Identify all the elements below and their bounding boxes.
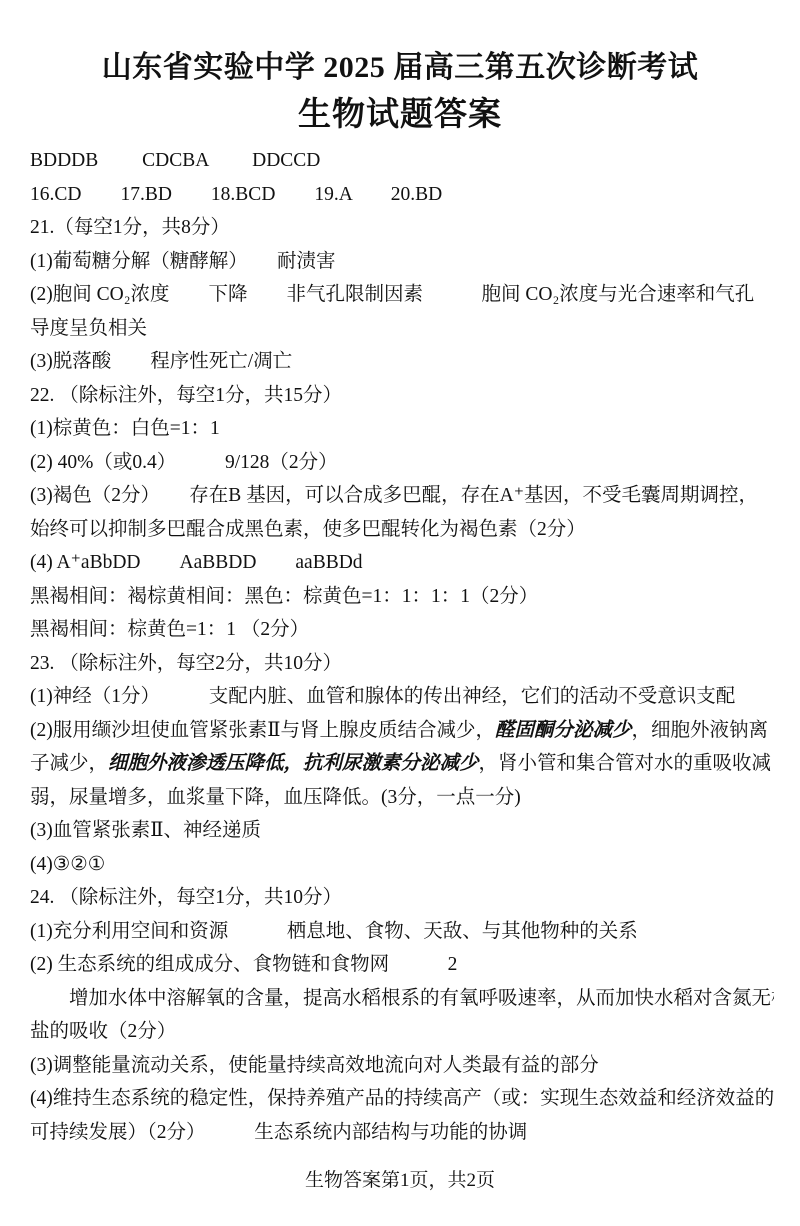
q24-answer-2-line2: 增加水体中溶解氧的含量，提高水稻根系的有氧呼吸速率，从而加快水稻对含氮无机 bbox=[30, 982, 774, 1016]
q22-answer-4-line3: 黑褐相间：棕黄色=1：1 （2分） bbox=[30, 613, 774, 647]
text-segment: (3)褐色（2分） 存在B 基因，可以合成多巴醌，存在A⁺基因，不受毛囊周期调控… bbox=[30, 485, 758, 506]
q22-answer-3-line1: (3)褐色（2分） 存在B 基因，可以合成多巴醌，存在A⁺基因，不受毛囊周期调控… bbox=[30, 479, 774, 513]
text-segment: 始终可以抑制多巴醌合成黑色素，使多巴醌转化为褐色素（2分） bbox=[30, 519, 586, 540]
q22-answer-4-line1: (4) A⁺aBbDD AaBBDD aaBBDd bbox=[30, 546, 774, 580]
text-segment: BDDDB CDCBA DDCCD bbox=[30, 150, 320, 171]
text-segment: 导度呈负相关 bbox=[30, 318, 147, 339]
text-segment: (1)神经（1分） 支配内脏、血管和腺体的传出神经，它们的活动不受意识支配 bbox=[30, 686, 735, 707]
text-segment: (2) 40%（或0.4） 9/128（2分） bbox=[30, 452, 338, 473]
q22-answer-1: (1)棕黄色：白色=1：1 bbox=[30, 412, 774, 446]
q23-answer-4: (4)③②① bbox=[30, 848, 774, 882]
q24-answer-3: (3)调整能量流动关系，使能量持续高效地流向对人类最有益的部分 bbox=[30, 1049, 774, 1083]
document-subtitle: 生物试题答案 bbox=[0, 94, 800, 134]
q21-answer-3: (3)脱落酸 程序性死亡/凋亡 bbox=[30, 345, 774, 379]
q23-header: 23. （除标注外，每空2分，共10分） bbox=[30, 647, 774, 681]
q24-answer-4-line1: (4)维持生态系统的稳定性，保持养殖产品的持续高产（或：实现生态效益和经济效益的 bbox=[30, 1082, 774, 1116]
q21-header: 21.（每空1分，共8分） bbox=[30, 211, 774, 245]
q24-answer-4-line2: 可持续发展）（2分） 生态系统内部结构与功能的协调 bbox=[30, 1116, 774, 1150]
text-segment: (3)脱落酸 程序性死亡/凋亡 bbox=[30, 351, 292, 372]
text-segment: 子减少， bbox=[30, 753, 108, 774]
page-footer: 生物答案第1页，共2页 bbox=[0, 1169, 800, 1193]
text-segment: (2)服用缬沙坦使血管紧张素Ⅱ与肾上腺皮质结合减少， bbox=[30, 720, 495, 741]
q22-answer-4-line2: 黑褐相间：褐棕黄相间：黑色：棕黄色=1：1：1：1（2分） bbox=[30, 580, 774, 614]
text-segment: (4) A⁺aBbDD AaBBDD aaBBDd bbox=[30, 552, 363, 573]
q22-answer-2: (2) 40%（或0.4） 9/128（2分） bbox=[30, 446, 774, 480]
emphasized-text: 醛固酮分泌减少 bbox=[495, 720, 632, 741]
q21-answer-2-line2: 导度呈负相关 bbox=[30, 312, 774, 346]
q24-header: 24. （除标注外，每空1分，共10分） bbox=[30, 881, 774, 915]
text-segment: (4)③②① bbox=[30, 854, 105, 875]
text-segment: 黑褐相间：褐棕黄相间：黑色：棕黄色=1：1：1：1（2分） bbox=[30, 586, 538, 607]
text-segment: (1)葡萄糖分解（糖酵解） 耐渍害 bbox=[30, 251, 336, 272]
answer-lines: BDDDB CDCBA DDCCD16.CD 17.BD 18.BCD 19.A… bbox=[30, 144, 774, 1149]
emphasized-text: 细胞外液渗透压降低，抗利尿激素分泌减少 bbox=[108, 753, 479, 774]
text-segment: ，肾小管和集合管对水的重吸收减 bbox=[479, 753, 772, 774]
text-segment: ，细胞外液钠离 bbox=[632, 720, 769, 741]
q22-answer-3-line2: 始终可以抑制多巴醌合成黑色素，使多巴醌转化为褐色素（2分） bbox=[30, 513, 774, 547]
text-segment: 21.（每空1分，共8分） bbox=[30, 217, 230, 238]
choice-answers-row-2: 16.CD 17.BD 18.BCD 19.A 20.BD bbox=[30, 178, 774, 212]
text-segment: 24. （除标注外，每空1分，共10分） bbox=[30, 887, 342, 908]
q24-answer-1: (1)充分利用空间和资源 栖息地、食物、天敌、与其他物种的关系 bbox=[30, 915, 774, 949]
q23-answer-2-line1: (2)服用缬沙坦使血管紧张素Ⅱ与肾上腺皮质结合减少，醛固酮分泌减少，细胞外液钠离 bbox=[30, 714, 774, 748]
text-segment: 弱，尿量增多，血浆量下降，血压降低。(3分，一点一分) bbox=[30, 787, 521, 808]
text-segment: 16.CD 17.BD 18.BCD 19.A 20.BD bbox=[30, 184, 442, 205]
text-segment: (2)胞间 CO₂浓度 下降 非气孔限制因素 胞间 CO₂浓度与光合速率和气孔 bbox=[30, 284, 754, 305]
q22-header: 22. （除标注外，每空1分，共15分） bbox=[30, 379, 774, 413]
text-segment: (2) 生态系统的组成成分、食物链和食物网 2 bbox=[30, 954, 457, 975]
q23-answer-2-line3: 弱，尿量增多，血浆量下降，血压降低。(3分，一点一分) bbox=[30, 781, 774, 815]
q24-answer-2-line1: (2) 生态系统的组成成分、食物链和食物网 2 bbox=[30, 948, 774, 982]
document-title: 山东省实验中学 2025 届高三第五次诊断考试 bbox=[0, 50, 800, 86]
text-segment: 22. （除标注外，每空1分，共15分） bbox=[30, 385, 342, 406]
q24-answer-2-line3: 盐的吸收（2分） bbox=[30, 1015, 774, 1049]
text-segment: (1)棕黄色：白色=1：1 bbox=[30, 418, 220, 439]
q23-answer-2-line2: 子减少，细胞外液渗透压降低，抗利尿激素分泌减少，肾小管和集合管对水的重吸收减 bbox=[30, 747, 774, 781]
q21-answer-2-line1: (2)胞间 CO₂浓度 下降 非气孔限制因素 胞间 CO₂浓度与光合速率和气孔 bbox=[30, 278, 774, 312]
q23-answer-3: (3)血管紧张素Ⅱ、神经递质 bbox=[30, 814, 774, 848]
text-segment: (1)充分利用空间和资源 栖息地、食物、天敌、与其他物种的关系 bbox=[30, 921, 638, 942]
exam-answer-sheet-page: 山东省实验中学 2025 届高三第五次诊断考试 生物试题答案 BDDDB CDC… bbox=[0, 0, 800, 1226]
q21-answer-1: (1)葡萄糖分解（糖酵解） 耐渍害 bbox=[30, 245, 774, 279]
text-segment: 黑褐相间：棕黄色=1：1 （2分） bbox=[30, 619, 309, 640]
text-segment: (3)调整能量流动关系，使能量持续高效地流向对人类最有益的部分 bbox=[30, 1055, 599, 1076]
choice-answers-row-1: BDDDB CDCBA DDCCD bbox=[30, 144, 774, 178]
text-segment: 盐的吸收（2分） bbox=[30, 1021, 176, 1042]
text-segment: 可持续发展）（2分） 生态系统内部结构与功能的协调 bbox=[30, 1122, 527, 1143]
text-segment: 23. （除标注外，每空2分，共10分） bbox=[30, 653, 342, 674]
text-segment: (4)维持生态系统的稳定性，保持养殖产品的持续高产（或：实现生态效益和经济效益的 bbox=[30, 1088, 774, 1109]
q23-answer-1: (1)神经（1分） 支配内脏、血管和腺体的传出神经，它们的活动不受意识支配 bbox=[30, 680, 774, 714]
text-segment: 增加水体中溶解氧的含量，提高水稻根系的有氧呼吸速率，从而加快水稻对含氮无机 bbox=[30, 988, 774, 1009]
text-segment: (3)血管紧张素Ⅱ、神经递质 bbox=[30, 820, 261, 841]
